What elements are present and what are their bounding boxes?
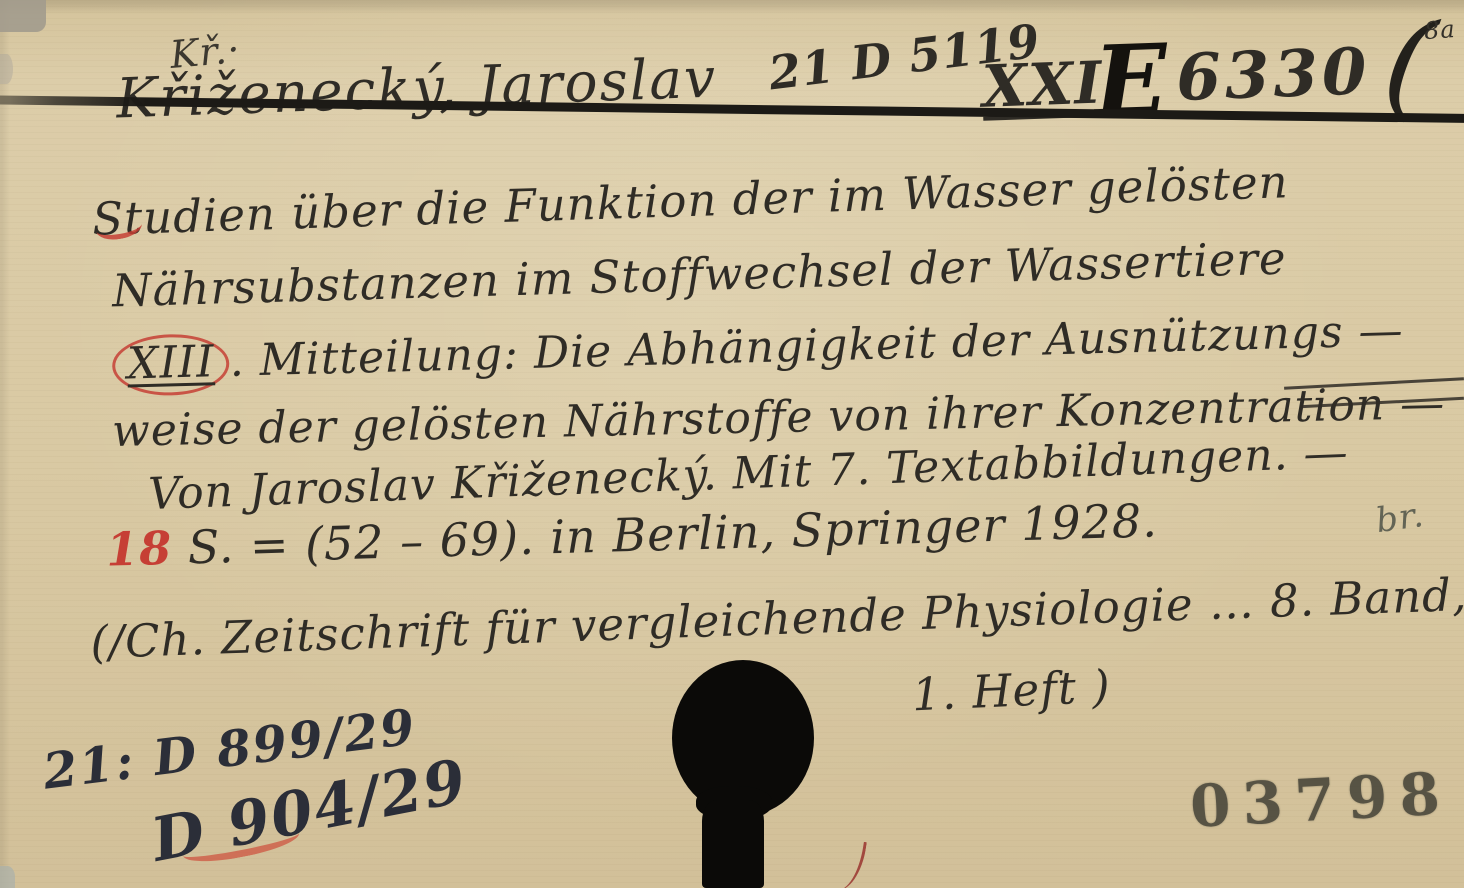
scan-artifact-left-edge [0,54,13,84]
punch-hole-stem [702,800,764,888]
red-ink-squiggle [834,838,867,888]
catalog-card: Kř.· Křiženecký, Jaroslav 21 D 5119 XXIE… [0,0,1464,888]
scan-artifact-top-left [0,0,46,32]
scan-artifact-bottom-left [0,866,15,888]
pencil-note: br. [1373,495,1426,541]
call-number: XXIE6330 [980,15,1372,141]
page-count-red: 18 [105,521,172,577]
call-number-digits: 6330 [1175,34,1372,116]
title-line-1: Studien über die Funktion der im Wasser … [92,157,1290,244]
series-note-line-2: 1. Heft ) [911,662,1112,720]
part-number-circled: XIII [111,333,230,397]
title-line-2: Nährsubstanzen im Stoffwechsel der Wasse… [112,234,1288,316]
title-line-3: XIII. Mitteilung: Die Abhängigkeit der A… [112,307,1405,389]
call-number-letter: E [1092,22,1170,138]
title-line-3-text: . Mitteilung: Die Abhängigkeit der Ausnü… [229,305,1404,387]
corner-note: 8a [1423,15,1456,45]
stamp-number: 03798 [1188,759,1453,841]
series-note-line-1: (/Ch. Zeitschrift für vergleichende Phys… [90,570,1464,668]
